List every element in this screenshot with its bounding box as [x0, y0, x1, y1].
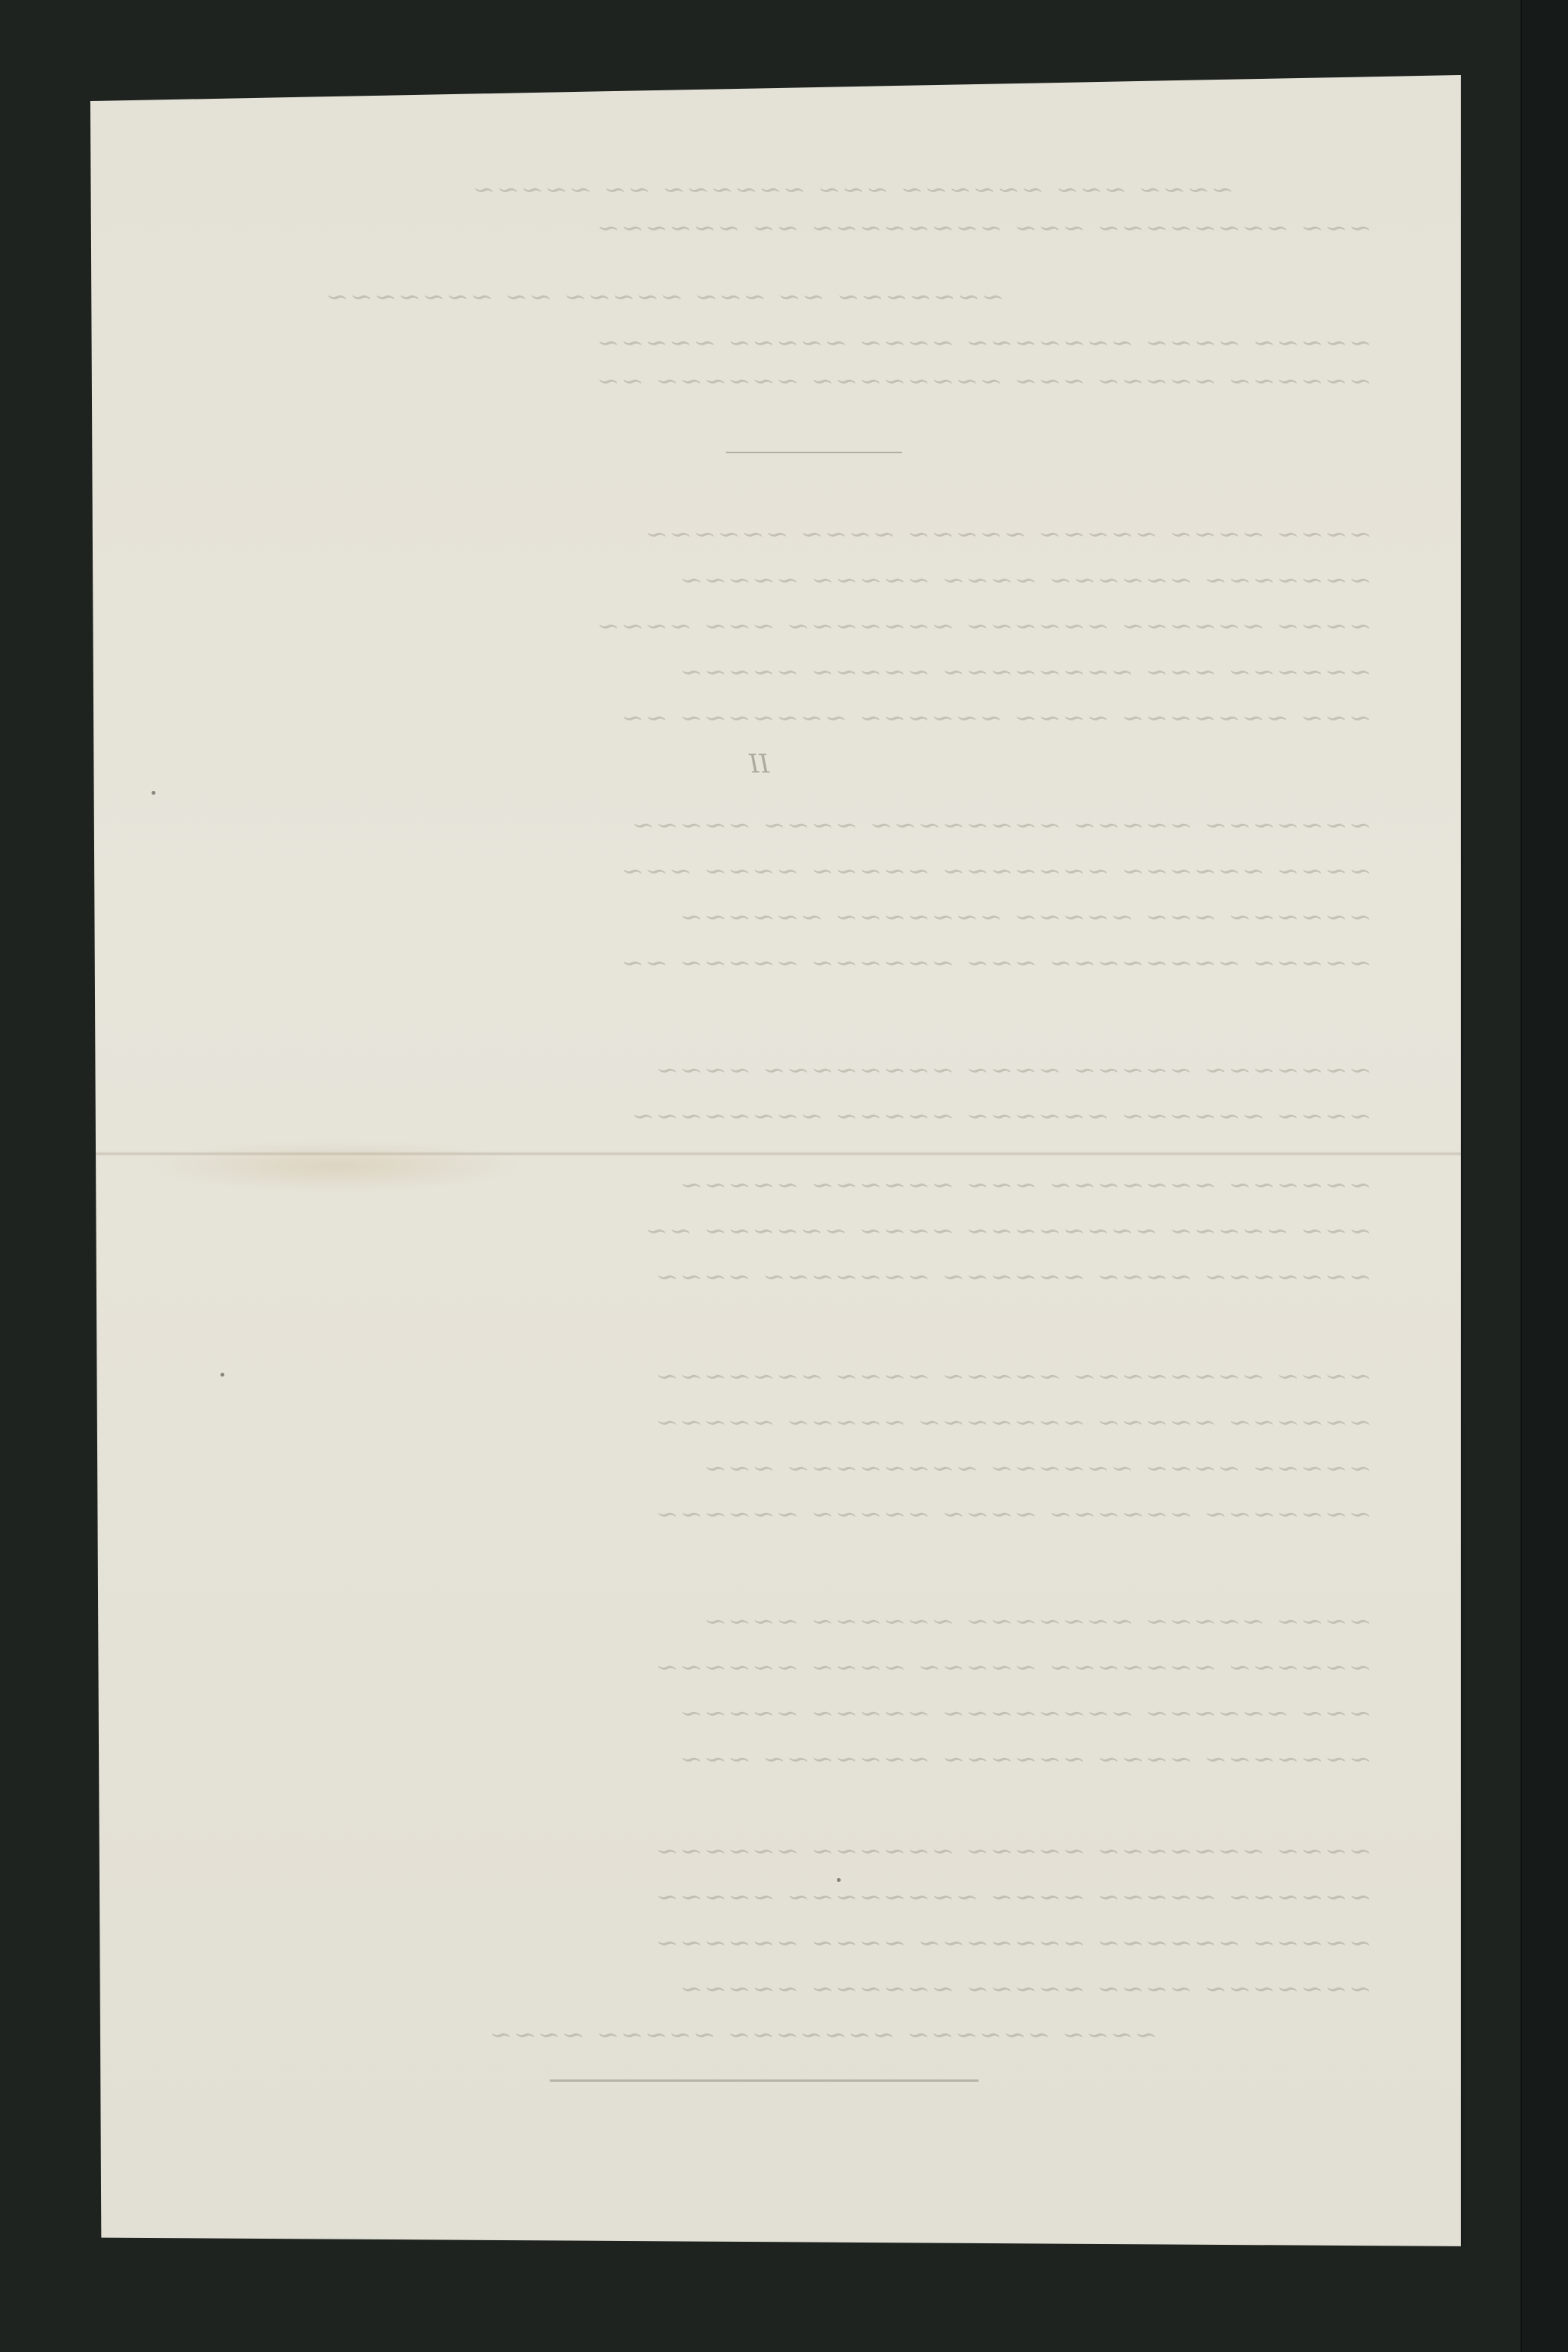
- bleed-line: ~~~~~~~ ~~~~~ ~~~~~~~~ ~~~~ ~~~~~: [155, 810, 1374, 830]
- bleed-line: ~~~~~~~ ~~~~~~ ~~~~ ~~~~~ ~~~~~~: [155, 1499, 1374, 1519]
- bleed-line: ~~~~~~ ~~~ ~~~~~ ~~~~~~~ ~~~~~~: [155, 902, 1374, 922]
- bleed-line: ~~~ ~~~~~ ~~~~~~~~ ~~~~ ~~~~~~ ~~: [155, 1216, 1374, 1236]
- bleed-line: ~~~~~~~ ~~~~ ~~~~~~ ~~~~~~~ ~~~~: [155, 1262, 1374, 1282]
- bleed-line: ~~~~ ~~~~~~ ~~~~~~ ~~~~~ ~~~~~~~~: [155, 1101, 1374, 1121]
- ink-speck: [152, 791, 155, 795]
- bleed-line: ~~~~ ~~~~~~ ~~~~~~~ ~~~~~ ~~~~ ~~~: [155, 856, 1374, 876]
- bleed-line: ~~~~~ ~~~~~~ ~~~~~~~ ~~~~ ~~~~~~: [155, 1928, 1374, 1948]
- bleed-line: ~~~~~~~ ~~~~~~ ~~~~ ~~~~~ ~~~~~: [155, 565, 1374, 585]
- bleed-line: ~~~~~~ ~~~~~~~ ~~~ ~~~~~~ ~~~~~: [155, 1170, 1374, 1190]
- bleed-line: ~~~~ ~~~~~~~ ~~~~~ ~~~~~~ ~~~~~~: [155, 1836, 1374, 1856]
- bleed-line: ~~~~ ~~~~ ~~~~~ ~~~~~ ~~~~ ~~~~~~: [155, 519, 1374, 539]
- bleed-line: ~~~~ ~~~ ~~~~~~ ~~~ ~~~~~~ ~~ ~~~~~: [316, 175, 1236, 194]
- bleed-line: ~~~~~~ ~~~~~ ~~~~ ~~~~~~~~ ~~~~~: [155, 1882, 1374, 1902]
- bleed-line: ~~~~~~~ ~~~~ ~~~~~~ ~~~~~~~ ~~~: [155, 1744, 1374, 1764]
- bleed-line: ~~~~ ~~~~~~~~ ~~~~~ ~~~~ ~~~~~~~: [155, 1361, 1374, 1381]
- bleed-line: ~~~~~~ ~~~~~ ~~~ ~~~~~~~~ ~~~~~~ ~~: [155, 366, 1374, 386]
- section-marker: II: [749, 749, 769, 779]
- bleed-line: ~~~~ ~~~~~ ~~~~~~~ ~~~~~~ ~~~~: [155, 1606, 1374, 1626]
- bleed-line: ~~~~ ~~~~~~ ~~~~~~~ ~~~~~ ~~~~: [155, 2020, 1159, 2040]
- bleed-line: ~~~~~~ ~~~ ~~~~~~~~ ~~~~~ ~~~~~: [155, 657, 1374, 677]
- bleed-line: ~~~~~ ~~~~~~~~ ~~~ ~~~~~~ ~~~~~ ~~: [155, 948, 1374, 968]
- closing-rule: [550, 2079, 978, 2082]
- bleed-line: ~~~~~ ~~~~ ~~~~~~~ ~~~~ ~~~~~ ~~~~~: [155, 328, 1374, 348]
- background-strip: [1521, 0, 1568, 2352]
- bleed-line: ~~~~~~~ ~~ ~~~ ~~~~~ ~~ ~~~~~~~: [240, 282, 1006, 302]
- header-rule: [726, 452, 902, 453]
- ink-speck: [220, 1373, 224, 1377]
- paper-sheet: ~~~~ ~~~ ~~~~~~ ~~~ ~~~~~~ ~~ ~~~~~ ~~~ …: [90, 75, 1461, 2246]
- ink-speck: [837, 1878, 841, 1882]
- bleed-line: ~~~ ~~~~~~~ ~~~~ ~~~~~~ ~~~~~~~ ~~: [155, 703, 1374, 723]
- bleed-line: ~~~~~ ~~~~ ~~~~~~ ~~~~~~~~ ~~~: [155, 1453, 1374, 1473]
- bleed-line: ~~~~ ~~~~~~ ~~~~~~ ~~~~~~~ ~~~ ~~~~: [155, 611, 1374, 631]
- bleed-line: ~~~~~~~ ~~~~ ~~~~~ ~~~~~~ ~~~~~: [155, 1974, 1374, 1994]
- bleed-line: ~~~ ~~~~~~ ~~~~~~~~ ~~~~~ ~~~~~: [155, 1698, 1374, 1718]
- bleed-line: ~~~~~~ ~~~~~~~ ~~~~~ ~~~~ ~~~~~~: [155, 1652, 1374, 1672]
- bleed-line: ~~~~~~ ~~~~~ ~~~~~~~ ~~~~~ ~~~~~: [155, 1407, 1374, 1427]
- bleed-line: ~~~ ~~~~~~~~ ~~~ ~~~~~~~~ ~~ ~~~~~~: [155, 213, 1374, 233]
- bleed-line: ~~~~~~~ ~~~~~ ~~~~ ~~~~~~~~ ~~~~: [155, 1055, 1374, 1075]
